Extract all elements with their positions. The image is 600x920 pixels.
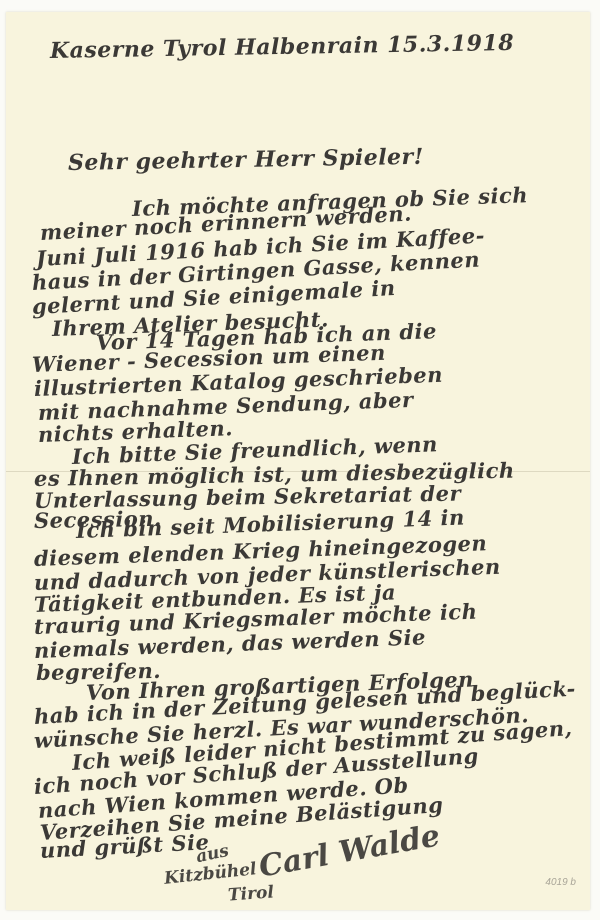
signature-name: Carl Walde xyxy=(256,818,442,884)
archive-number: 4019 b xyxy=(545,877,576,888)
signature-region: Tirol xyxy=(227,882,274,905)
salutation: Sehr geehrter Herr Spieler! xyxy=(68,144,424,176)
place-date-heading: Kaserne Tyrol Halbenrain 15.3.1918 xyxy=(50,30,515,64)
letter-paper: Kaserne Tyrol Halbenrain 15.3.1918 Sehr … xyxy=(6,12,590,910)
